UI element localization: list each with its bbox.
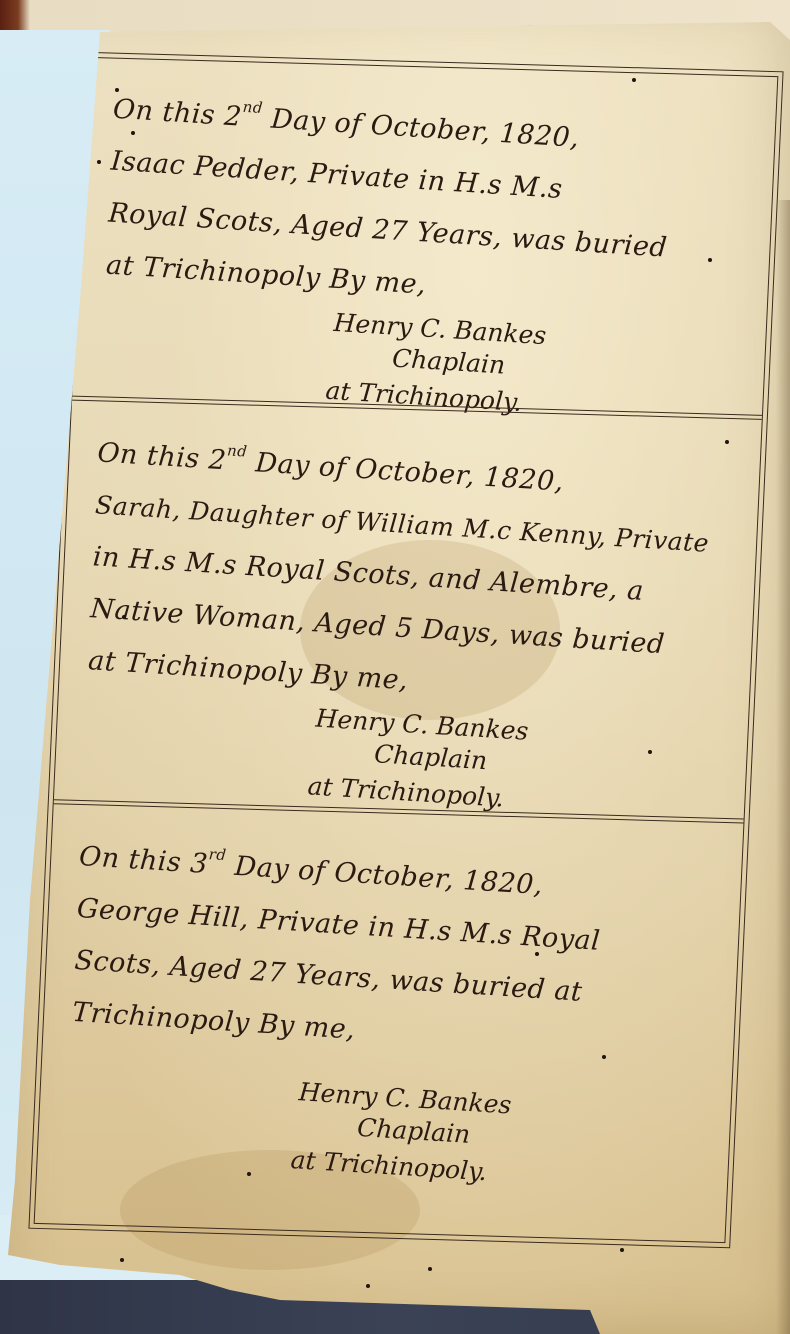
ink-speck [122, 615, 126, 619]
page-edge-shadow [776, 200, 790, 1334]
ink-speck [632, 78, 636, 82]
ink-speck [120, 1258, 124, 1262]
ink-speck [535, 952, 539, 956]
register-frame: On this 2nd Day of October, 1820, Isaac … [34, 57, 779, 1243]
burial-entry-3: On this 3rd Day of October, 1820, George… [35, 805, 744, 1242]
ink-speck [97, 160, 101, 164]
ink-speck [115, 88, 119, 92]
ink-speck [131, 131, 135, 135]
burial-entry-2: On this 2nd Day of October, 1820, Sarah,… [54, 402, 762, 819]
ink-speck [620, 1248, 624, 1252]
ink-speck [602, 1055, 606, 1059]
ink-speck [648, 750, 652, 754]
burial-entry-1: On this 2nd Day of October, 1820, Isaac … [72, 58, 777, 415]
ink-speck [708, 258, 712, 262]
ink-speck [428, 1267, 432, 1271]
register-page: On this 2nd Day of October, 1820, Isaac … [0, 0, 790, 1334]
ink-speck [725, 440, 729, 444]
ink-speck [247, 1172, 251, 1176]
ink-speck [366, 1284, 370, 1288]
